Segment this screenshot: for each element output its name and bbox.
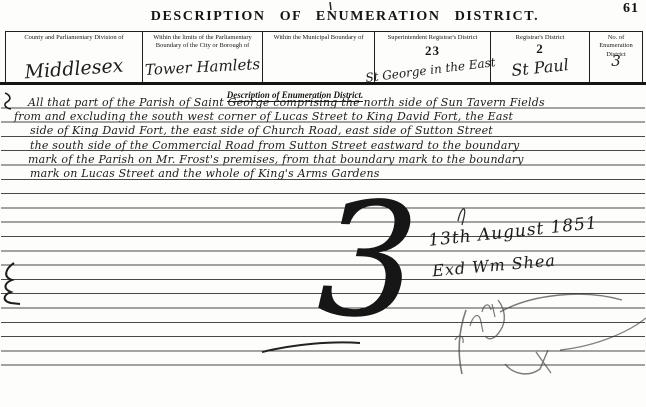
field-parliamentary-borough-value: Tower Hamlets	[143, 55, 263, 79]
field-parliamentary-borough-label: Within the limits of the Parliamentary B…	[143, 32, 262, 51]
field-county-division: County and Parliamentary Division of Mid…	[6, 32, 143, 83]
field-superintendent-registrars-district-number: 23	[375, 43, 490, 59]
field-county-division-label: County and Parliamentary Division of	[6, 32, 142, 42]
title-row: DESCRIPTION OF ENUMERATION DISTRICT.	[0, 7, 646, 25]
field-superintendent-registrars-district-label: Superintendent Registrar's District	[375, 32, 490, 42]
description-line: All that part of the Parish of Saint Geo…	[28, 96, 545, 110]
district-numeral-large: 3	[316, 192, 421, 330]
field-enumeration-district-number: No. of Enumeration District 3	[590, 32, 642, 83]
field-enumeration-district-number-value: 3	[590, 52, 642, 70]
enumeration-district-form: DESCRIPTION OF ENUMERATION DISTRICT. 61 …	[0, 0, 646, 407]
description-line: side of King David Fort, the east side o…	[30, 124, 493, 138]
field-municipal-boundary: Within the Municipal Boundary of	[263, 32, 375, 83]
description-line: the south side of the Commercial Road fr…	[30, 139, 519, 153]
field-municipal-boundary-label: Within the Municipal Boundary of	[263, 32, 374, 42]
field-county-division-value: Middlesex	[5, 53, 142, 84]
description-line: from and excluding the south west corner…	[14, 110, 513, 124]
page-title: DESCRIPTION OF ENUMERATION DISTRICT.	[151, 9, 540, 25]
field-parliamentary-borough: Within the limits of the Parliamentary B…	[143, 32, 263, 83]
field-superintendent-registrars-district-value: St George in the East	[365, 55, 497, 85]
header-table: County and Parliamentary Division of Mid…	[5, 31, 643, 83]
page-number: 61	[623, 1, 639, 17]
field-registrars-district: Registrar's District 2 St Paul	[491, 32, 590, 83]
description-line: mark of the Parish on Mr. Frost's premis…	[28, 153, 524, 167]
field-municipal-boundary-value	[263, 73, 374, 79]
field-registrars-district-value: St Paul	[490, 53, 589, 82]
field-superintendent-registrars-district: Superintendent Registrar's District 23 S…	[375, 32, 491, 83]
